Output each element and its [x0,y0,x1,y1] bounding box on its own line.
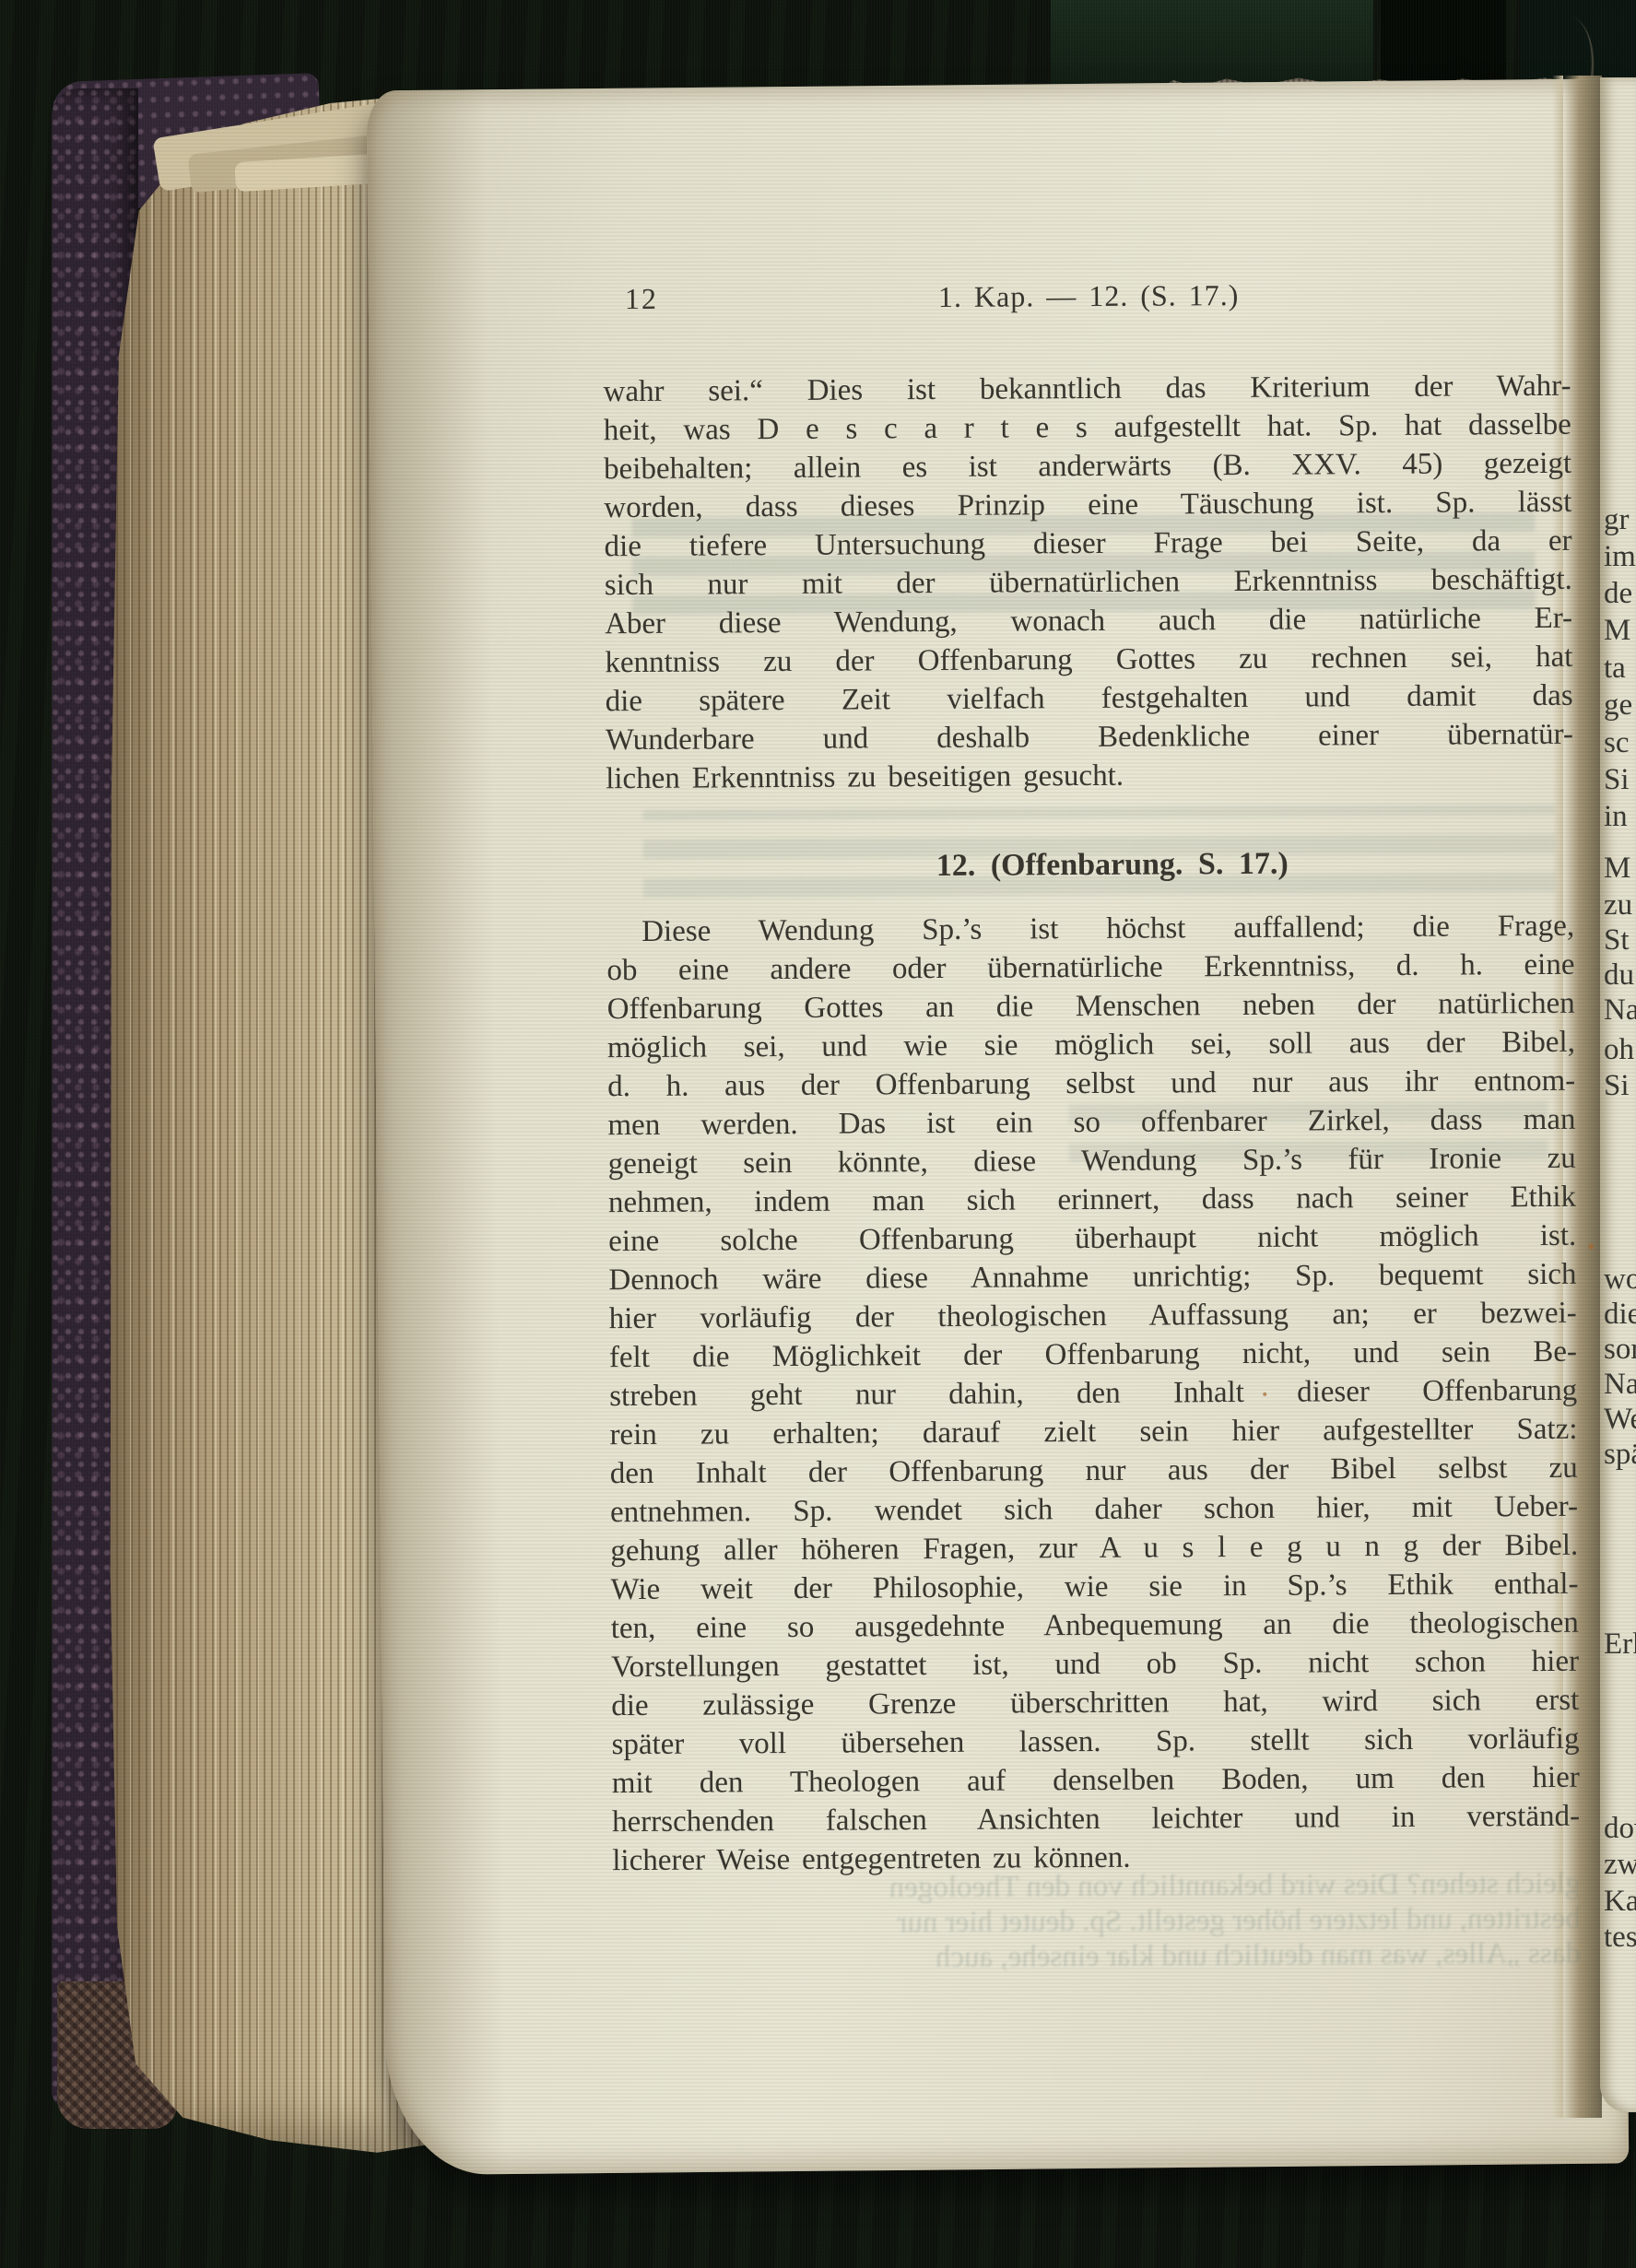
text-line: entnehmen. Sp. wendet sich daher schon h… [610,1487,1578,1532]
next-page-text-fragment: ta [1604,653,1626,684]
next-page-text-fragment: in [1604,802,1628,832]
text-line: kenntniss zu der Offenbarung Gottes zu r… [605,638,1572,682]
text-line: Aber diese Wendung, wonach auch die natü… [605,599,1572,643]
next-page-text-fragment: Si [1604,1071,1630,1101]
next-page-text-fragment: M [1604,616,1630,646]
next-page-text-fragment: Si [1604,765,1630,795]
book-photo-scene: grimdeMtagescSiinMzuStduNaohSiwodiesorNa… [0,0,1636,2268]
section-heading: 12. (Offenbarung. S. 17.) [606,845,1574,886]
text-line: eine solche Offenbarung überhaupt nicht … [608,1216,1576,1261]
next-page-text-fragment: du [1604,960,1634,991]
next-page-text-fragment: spä [1604,1440,1636,1470]
next-page-text-fragment: tes [1604,1922,1636,1953]
text-line: nehmen, indem man sich erinnert, dass na… [608,1178,1576,1222]
text-line: felt die Möglichkeit der Offenbarung nic… [609,1333,1577,1377]
text-line: d. h. aus der Offenbarung selbst und nur… [607,1062,1575,1106]
paragraph: wahr sei.“ Dies ist bekanntlich das Krit… [603,367,1573,798]
text-line: hier vorläufig der theologischen Auffass… [609,1294,1577,1338]
text-line: men werden. Das ist ein so offenbarer Zi… [607,1100,1575,1145]
next-page-text-fragment: im [1604,542,1636,572]
next-page-text-fragment: St [1604,925,1630,956]
next-page-text-fragment: wo [1604,1264,1636,1295]
next-page-text-fragment: die [1604,1299,1636,1330]
text-line: wahr sei.“ Dies ist bekanntlich das Krit… [603,367,1571,411]
text-line: herrschenden falschen Ansichten leichter… [612,1797,1580,1841]
text-line: Diese Wendung Sp.’s ist höchst auffallen… [606,907,1574,951]
text-line: Wie weit der Philosophie, wie sie in Sp.… [610,1565,1578,1609]
next-page-text-fragment: ge [1604,690,1632,721]
text-line: streben geht nur dahin, den Inhalt diese… [609,1371,1577,1416]
bleedthrough-line: bestritten, und letztere höher gestellt.… [613,1901,1581,1942]
text-line: lichen Erkenntniss zu beseitigen gesucht… [606,754,1573,798]
next-page-text-fragment: Erk [1604,1629,1636,1660]
next-page-text-fragment: zu [1604,890,1632,921]
next-page-text-fragment: Ka [1604,1886,1636,1917]
page-text: 12 1. Kap. — 12. (S. 17.) wahr sei.“ Die… [601,0,1583,2268]
text-line: die tiefere Untersuchung dieser Frage be… [604,522,1571,566]
next-page-text-fragment: Na [1604,995,1636,1026]
text-line: später voll übersehen lassen. Sp. stellt… [611,1720,1579,1764]
paper-speck [1588,1244,1594,1250]
text-line: beibehalten; allein es ist anderwärts (B… [604,444,1571,488]
next-page-text-fragment: We [1604,1404,1636,1435]
bleedthrough-text: gleich stehen? Dies wird bekanntlich von… [601,0,1569,3]
next-page-text-fragment: gr [1604,505,1630,535]
text-line: gehung aller höheren Fragen, zur A u s l… [610,1526,1578,1570]
text-line: geneigt sein könnte, diese Wendung Sp.’s… [608,1139,1576,1183]
next-page-text-fragment: de [1604,579,1632,609]
next-page-text-fragment: oh [1604,1035,1634,1065]
next-page-text-fragment: zwa [1604,1850,1636,1880]
text-line: ob eine andere oder übernatürliche Erken… [606,946,1574,990]
bleedthrough-line: dass „Alles, was man deutlich und klar e… [613,1936,1581,1977]
text-line: rein zu erhalten; darauf zielt sein hier… [609,1410,1577,1454]
next-page-text-fragment: sc [1604,728,1630,758]
text-line: Wunderbare und deshalb Bedenkliche einer… [606,715,1573,759]
text-line: Vorstellungen gestattet ist, und ob Sp. … [611,1642,1579,1686]
text-line: Offenbarung Gottes an die Menschen neben… [607,984,1575,1028]
text-line: mit den Theologen auf denselben Boden, u… [612,1758,1580,1803]
next-page-sliver: grimdeMtagescSiinMzuStduNaohSiwodiesorNa… [1600,77,1636,2112]
paper-speck [1263,1393,1266,1396]
page-header: 12 1. Kap. — 12. (S. 17.) [603,276,1571,323]
paragraph: Diese Wendung Sp.’s ist höchst auffallen… [606,907,1580,1880]
page-number: 12 [625,282,658,316]
text-line: ten, eine so ausgedehnte Anbequemung an … [611,1604,1579,1648]
text-line: die zulässige Grenze überschritten hat, … [611,1681,1579,1725]
text-line: möglich sei, und wie sie möglich sei, so… [607,1023,1575,1067]
text-line: den Inhalt der Offenbarung nur aus der B… [610,1449,1578,1493]
text-line: Dennoch wäre diese Annahme unrichtig; Sp… [608,1255,1576,1299]
next-page-text-fragment: M [1604,853,1630,884]
text-line: heit, was D e s c a r t e s aufgestellt … [604,405,1571,450]
running-header: 1. Kap. — 12. (S. 17.) [938,278,1240,314]
next-page-text-fragment: dow [1604,1814,1636,1844]
text-line: die spätere Zeit vielfach festgehalten u… [606,676,1573,721]
bleedthrough-line: gleich stehen? Dies wird bekanntlich von… [612,1866,1580,1907]
text-line: worden, dass dieses Prinzip eine Täuschu… [604,483,1571,527]
next-page-text-fragment: Na [1604,1369,1636,1400]
next-page-text-fragment: sor [1604,1334,1636,1365]
text-line: sich nur mit der übernatürlichen Erkennt… [605,560,1572,605]
